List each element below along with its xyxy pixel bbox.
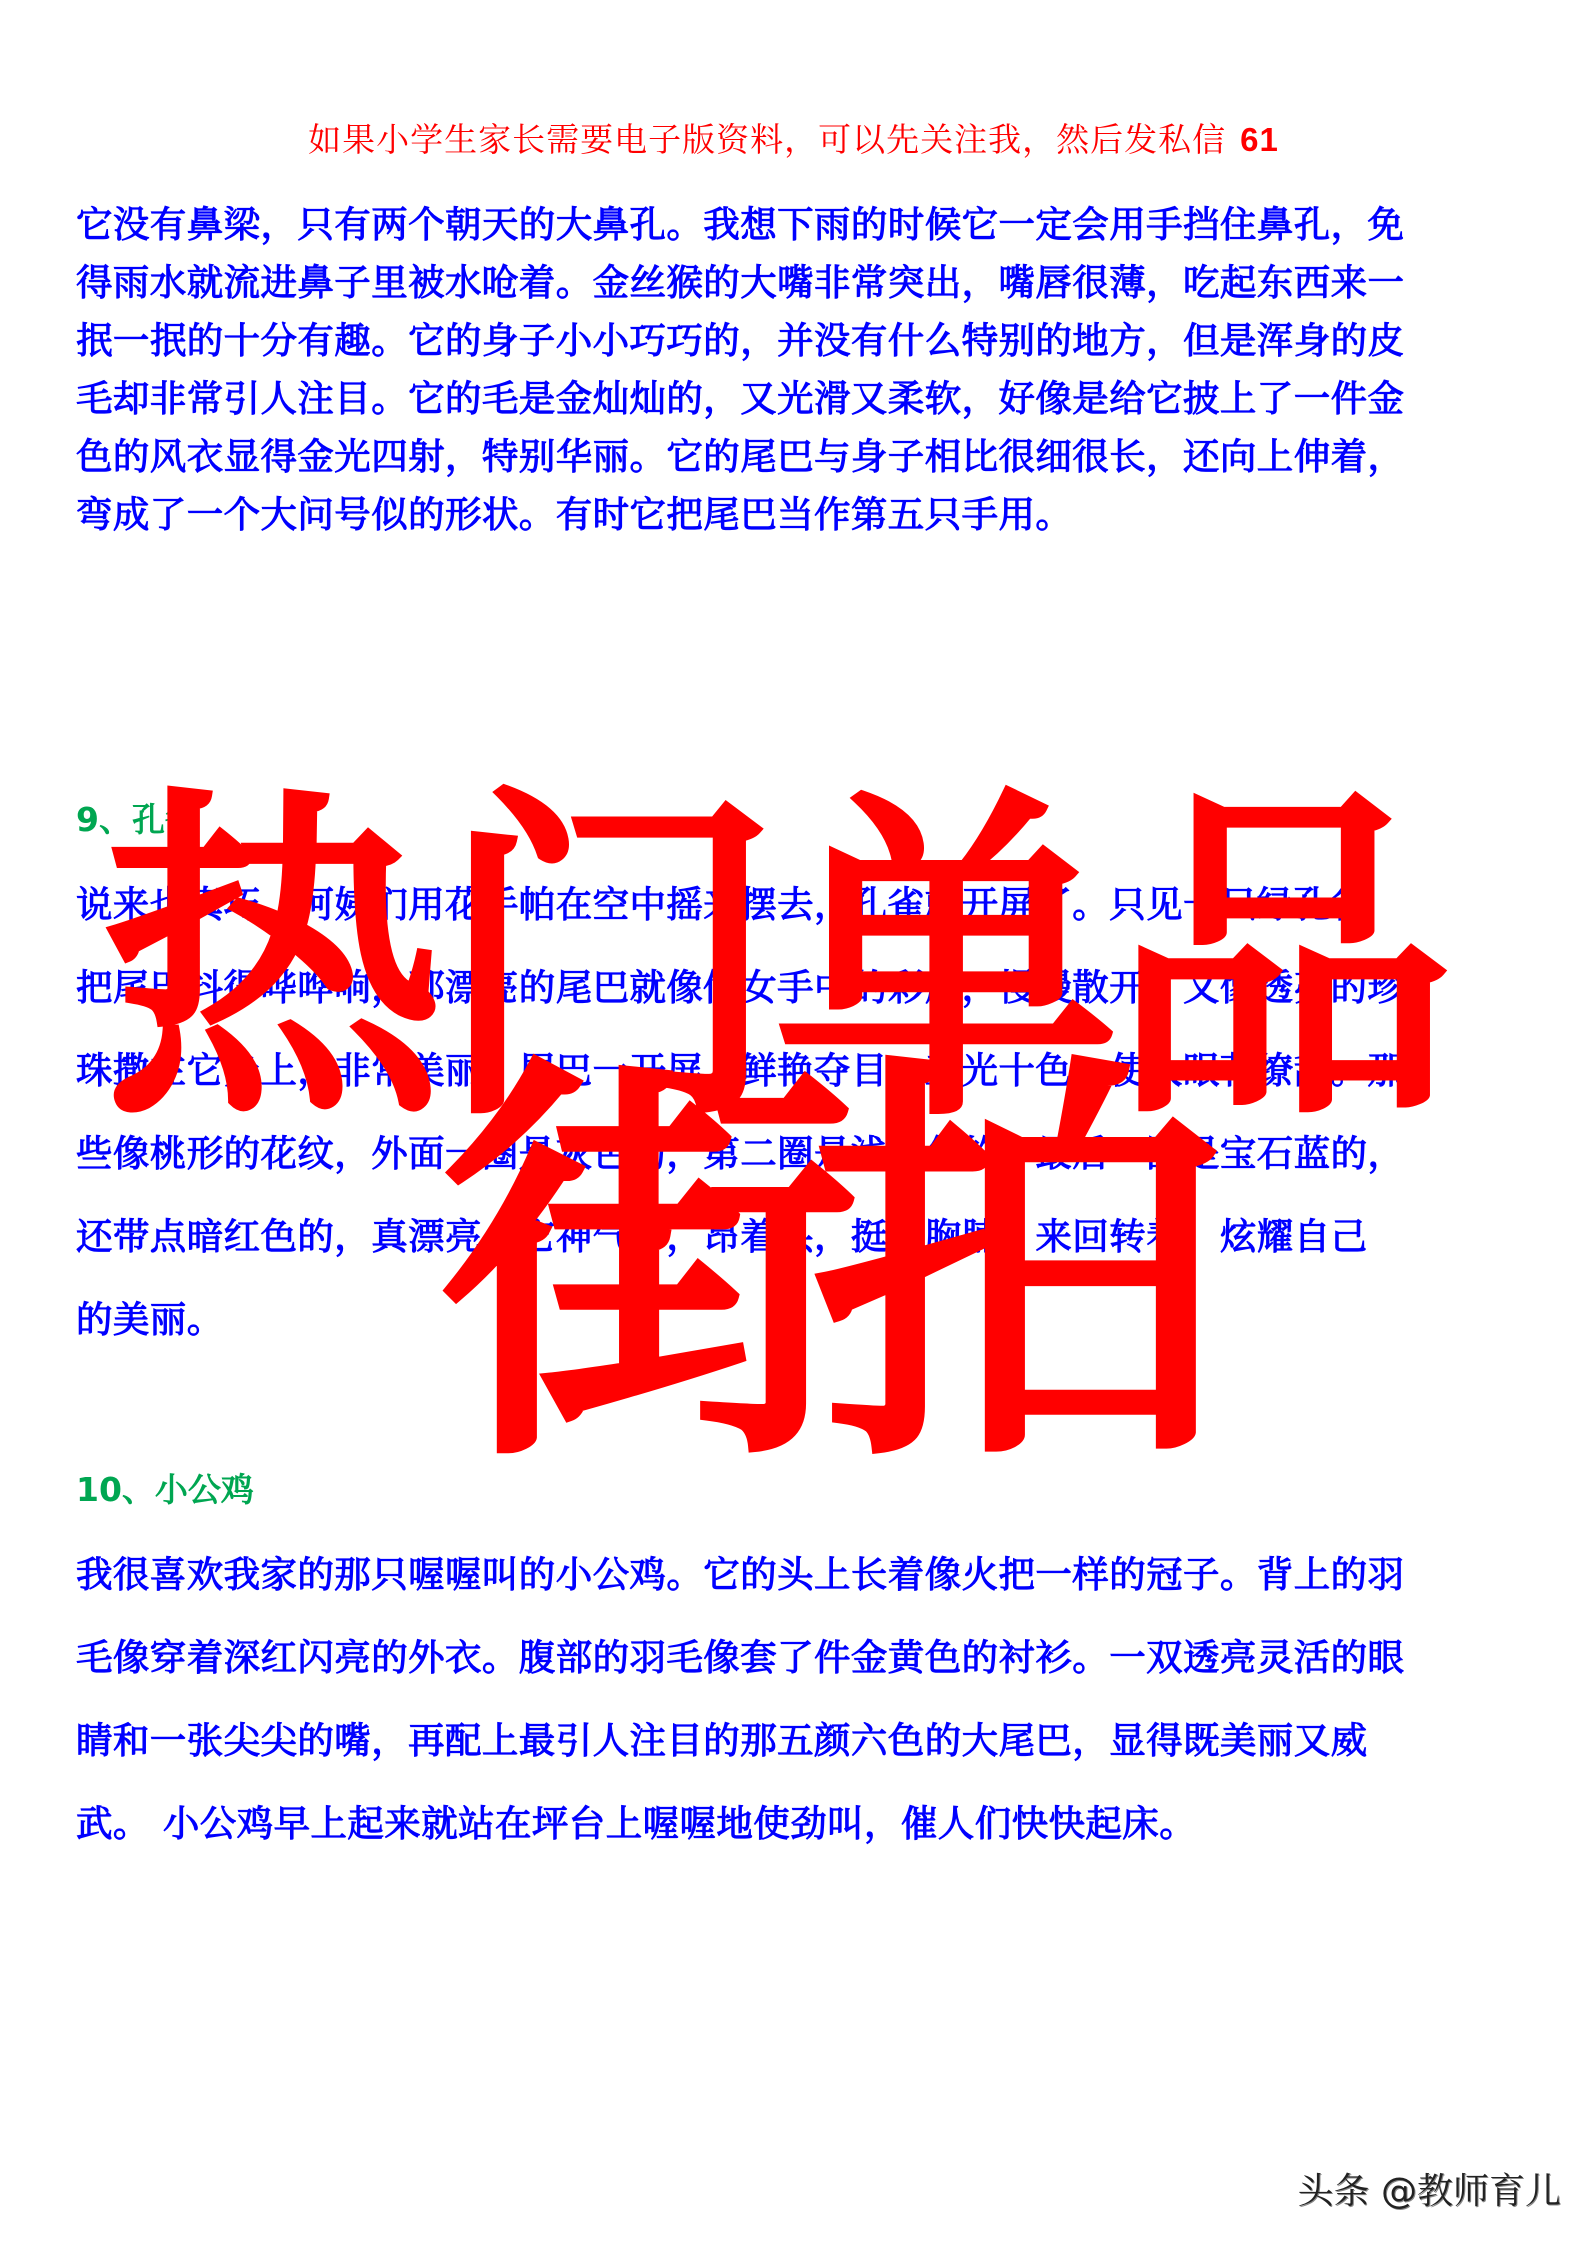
source-watermark: 头条 @教师育儿 [1298, 2170, 1561, 2214]
paragraph-line: 武。 小公鸡早上起来就站在坪台上喔喔地使劲叫，催人们快快起床。 [76, 1802, 1196, 1846]
overlay-title-line-2: 街拍 [440, 1060, 1180, 1480]
paragraph-line: 的美丽。 [76, 1298, 224, 1342]
paragraph-line: 珠撒在它身上，非常美丽。尾巴一开屏，鲜艳夺目，五光十色，使人眼花缭乱。那 [76, 1049, 1404, 1093]
paragraph-line: 还带点暗红色的，真漂亮。它神气了，昂着头，挺着胸脯，来回转着，炫耀自己 [76, 1215, 1368, 1259]
header-notice-text: 如果小学生家长需要电子版资料，可以先关注我，然后发私信 [308, 121, 1226, 158]
paragraph-line: 色的风衣显得金光四射，特别华丽。它的尾巴与身子相比很细很长，还向上伸着， [76, 435, 1404, 479]
section-heading-peacock: 9、孔雀 [76, 798, 198, 842]
paragraph-line: 说来也真巧，阿姨们用花手帕在空中摇来摆去，孔雀就开屏了。只见一只绿孔雀 [76, 883, 1368, 927]
paragraph-line: 把尾巴抖得哗哗响，那漂亮的尾巴就像仙女手中的彩扇，慢慢散开，又像透亮的珍 [76, 966, 1404, 1010]
paragraph-line: 弯成了一个大问号似的形状。有时它把尾巴当作第五只手用。 [76, 493, 1072, 537]
paragraph-line: 我很喜欢我家的那只喔喔叫的小公鸡。它的头上长着像火把一样的冠子。背上的羽 [76, 1553, 1404, 1597]
paragraph-line: 抿一抿的十分有趣。它的身子小小巧巧的，并没有什么特别的地方，但是浑身的皮 [76, 319, 1404, 363]
page-header-notice: 如果小学生家长需要电子版资料，可以先关注我，然后发私信61 [0, 118, 1587, 162]
paragraph-line: 睛和一张尖尖的嘴，再配上最引人注目的那五颜六色的大尾巴，显得既美丽又威 [76, 1719, 1368, 1763]
paragraph-line: 毛却非常引人注目。它的毛是金灿灿的，又光滑又柔软，好像是给它披上了一件金 [76, 377, 1404, 421]
paragraph-line: 它没有鼻梁，只有两个朝天的大鼻孔。我想下雨的时候它一定会用手挡住鼻孔，免 [76, 203, 1404, 247]
paragraph-line: 得雨水就流进鼻子里被水呛着。金丝猴的大嘴非常突出，嘴唇很薄，吃起东西来一 [76, 261, 1404, 305]
paragraph-line: 毛像穿着深红闪亮的外衣。腹部的羽毛像套了件金黄色的衬衫。一双透亮灵活的眼 [76, 1636, 1404, 1680]
section-heading-rooster: 10、小公鸡 [76, 1468, 254, 1512]
paragraph-line: 些像桃形的花纹，外面一圈是灰色的，第二圈是浅蓝色的，最后一圈是宝石蓝的， [76, 1132, 1404, 1176]
page-number: 61 [1240, 121, 1279, 158]
